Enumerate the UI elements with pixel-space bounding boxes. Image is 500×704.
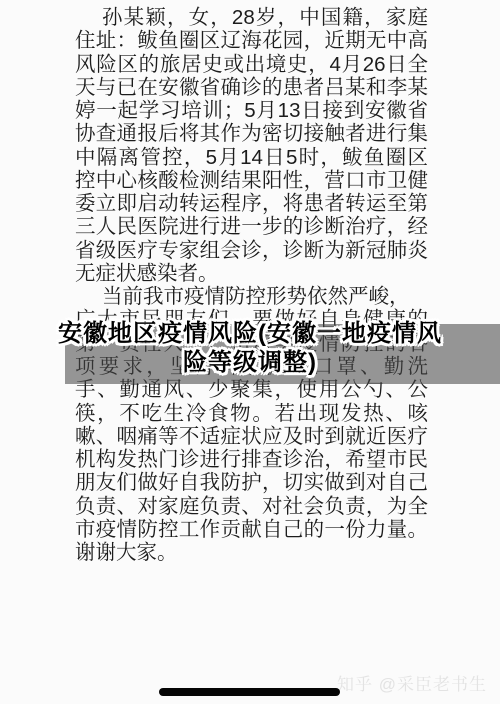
document-text-line: 孙某颖，女，28岁，中国籍，家庭 bbox=[75, 6, 428, 29]
document-text-line: 婷一起学习培训；5月13日接到安徽省 bbox=[75, 99, 428, 122]
document-text-line: 当前我市疫情防控形势依然严峻， bbox=[75, 285, 428, 308]
document-text-line: 嗽、咽痛等不适症状应及时到就近医疗 bbox=[75, 425, 428, 448]
document-text-line: 协查通报后将其作为密切接触者进行集 bbox=[75, 122, 428, 145]
document-text-line: 天与已在安徽省确诊的患者吕某和李某 bbox=[75, 76, 428, 99]
document-text-line: 中隔离管控，5月14日5时，鲅鱼圈区疾 bbox=[75, 146, 428, 169]
document-text-line: 谢谢大家。 bbox=[75, 541, 428, 564]
document-text-line: 机构发热门诊进行排查诊治，希望市民 bbox=[75, 448, 428, 471]
document-text-line: 负责、对家庭负责、对社会负责，为全 bbox=[75, 495, 428, 518]
document-body-text: 孙某颖，女，28岁，中国籍，家庭 住址：鲅鱼圈区辽海花园，近期无中高 风险区的旅… bbox=[75, 6, 428, 564]
document-text-line: 筷，不吃生冷食物。若出现发热、咳 bbox=[75, 402, 428, 425]
notice-document-screenshot: 孙某颖，女，28岁，中国籍，家庭 住址：鲅鱼圈区辽海花园，近期无中高 风险区的旅… bbox=[0, 0, 500, 704]
document-text-line: 无症状感染者。 bbox=[75, 262, 428, 285]
document-text-line: 住址：鲅鱼圈区辽海花园，近期无中高 bbox=[75, 29, 428, 52]
document-text-line: 风险区的旅居史或出境史，4月26日全 bbox=[75, 53, 428, 76]
document-text-line: 市疫情防控工作贡献自己的一份力量。 bbox=[75, 518, 428, 541]
document-text-line: 控中心核酸检测结果阳性，营口市卫健 bbox=[75, 169, 428, 192]
zhihu-watermark: 知乎 @采臣老书生 bbox=[337, 670, 487, 695]
overlay-title-line-2: 险等级调整) bbox=[0, 349, 500, 378]
document-text-line: 三人民医院进行进一步的诊断治疗，经 bbox=[75, 215, 428, 238]
overlay-title-line-1: 安徽地区疫情风险(安徽一地疫情风 bbox=[0, 320, 500, 349]
document-text-line: 省级医疗专家组会诊，诊断为新冠肺炎 bbox=[75, 239, 428, 262]
document-text-line: 朋友们做好自我防护，切实做到对自己 bbox=[75, 471, 428, 494]
overlay-title: 安徽地区疫情风险(安徽一地疫情风 险等级调整) bbox=[0, 320, 500, 377]
document-text-line: 委立即启动转运程序，将患者转运至第 bbox=[75, 192, 428, 215]
home-indicator-bar[interactable] bbox=[159, 688, 340, 696]
